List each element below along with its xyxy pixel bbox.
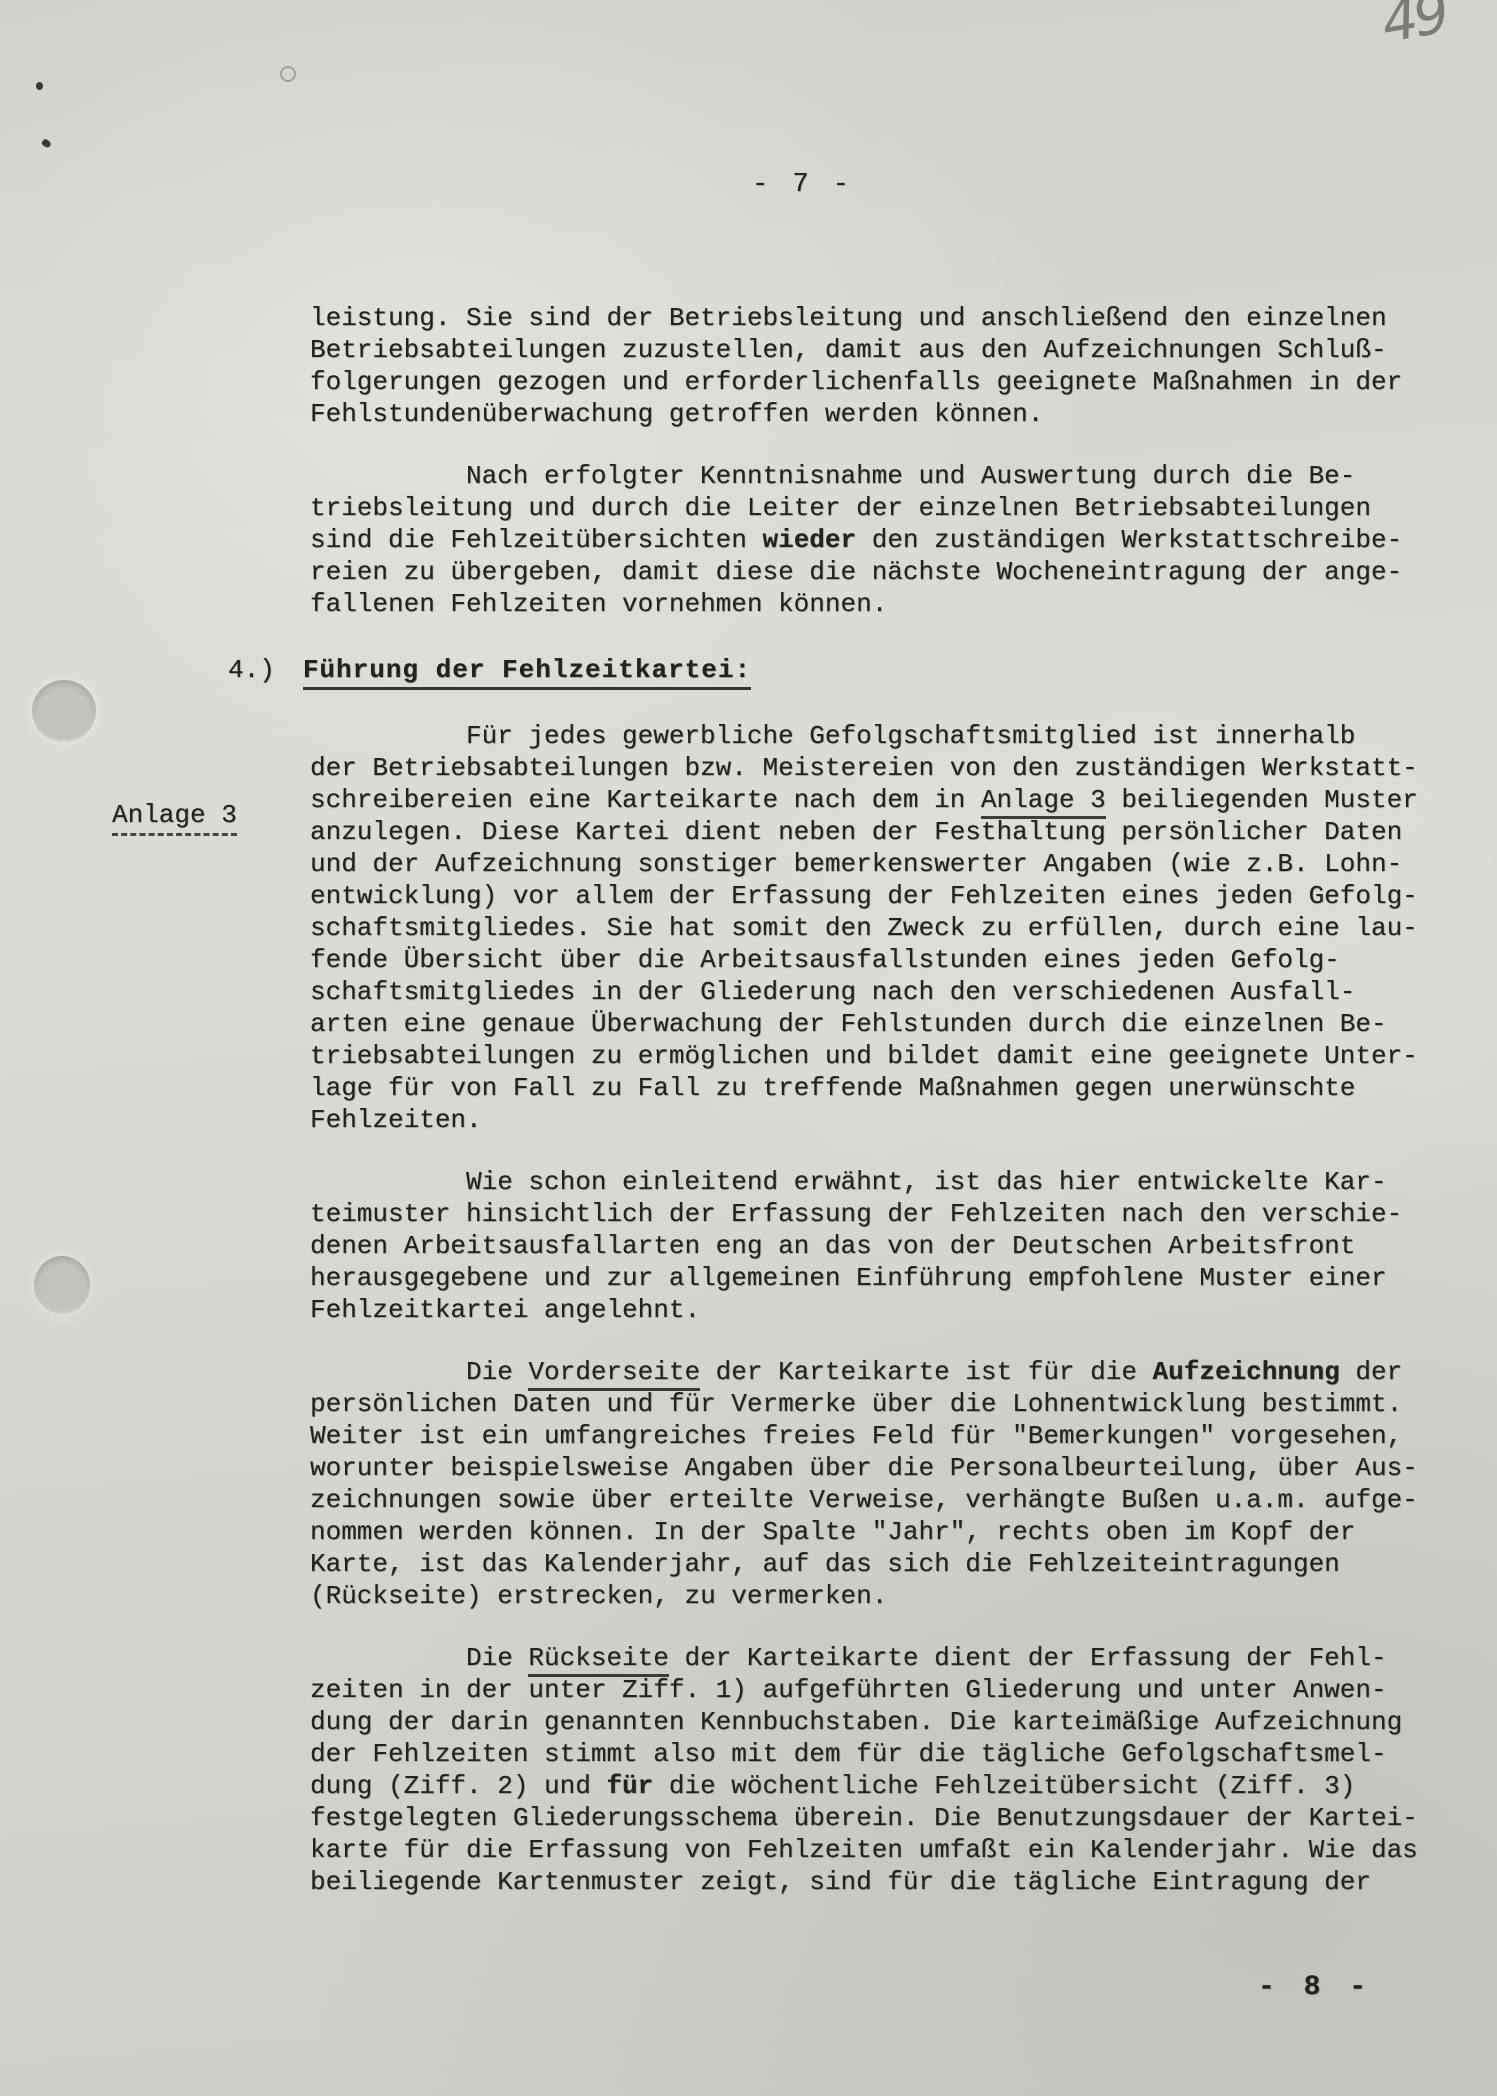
text-line: der Fehlzeiten stimmt also mit dem für d… [310, 1738, 1465, 1770]
text-line: nommen werden können. In der Spalte "Jah… [310, 1516, 1465, 1548]
section-heading: 4.)Führung der Fehlzeitkartei: [228, 650, 1465, 690]
text-line: triebsleitung und durch die Leiter der e… [310, 492, 1465, 524]
handwritten-archive-number: 49 [1377, 0, 1451, 56]
text-line: karte für die Erfassung von Fehlzeiten u… [310, 1834, 1465, 1866]
paragraph: leistung. Sie sind der Betriebsleitung u… [310, 302, 1465, 430]
text-line: Fehlstundenüberwachung getroffen werden … [310, 398, 1465, 430]
text-line: Die Vorderseite der Karteikarte ist für … [310, 1356, 1465, 1388]
punch-hole [34, 1256, 90, 1314]
text-line: worunter beispielsweise Angaben über die… [310, 1452, 1465, 1484]
paragraph-group-main: Für jedes gewerbliche Gefolgschaftsmitgl… [310, 720, 1465, 1898]
text-line: schreibereien eine Karteikarte nach dem … [310, 784, 1465, 816]
text-line: anzulegen. Diese Kartei dient neben der … [310, 816, 1465, 848]
text-line: leistung. Sie sind der Betriebsleitung u… [310, 302, 1465, 334]
text-line: fende Übersicht über die Arbeitsausfalls… [310, 944, 1465, 976]
scanned-document-page: 49 - 7 - Anlage 3 leistung. Sie sind der… [0, 0, 1497, 2096]
text-line: reien zu übergeben, damit diese die näch… [310, 556, 1465, 588]
text-line: herausgegebene und zur allgemeinen Einfü… [310, 1262, 1465, 1294]
text-line: (Rückseite) erstrecken, zu vermerken. [310, 1580, 1465, 1612]
text-line: Die Rückseite der Karteikarte dient der … [310, 1642, 1465, 1674]
text-line: entwicklung) vor allem der Erfassung der… [310, 880, 1465, 912]
text-line: zeiten in der unter Ziff. 1) aufgeführte… [310, 1674, 1465, 1706]
text-line: zeichnungen sowie über erteilte Verweise… [310, 1484, 1465, 1516]
text-line: persönlichen Daten und für Vermerke über… [310, 1388, 1465, 1420]
punch-hole [32, 680, 96, 742]
paper-speck [41, 138, 52, 149]
margin-note-anlage: Anlage 3 [112, 800, 237, 836]
text-line: folgerungen gezogen und erforderlichenfa… [310, 366, 1465, 398]
section-number: 4.) [228, 655, 275, 685]
text-line: schaftsmitgliedes. Sie hat somit den Zwe… [310, 912, 1465, 944]
text-line: arten eine genaue Überwachung der Fehlst… [310, 1008, 1465, 1040]
paragraph: Die Vorderseite der Karteikarte ist für … [310, 1356, 1465, 1612]
text-line: teimuster hinsichtlich der Erfassung der… [310, 1198, 1465, 1230]
text-line: und der Aufzeichnung sonstiger bemerkens… [310, 848, 1465, 880]
text-line: Fehlzeitkartei angelehnt. [310, 1294, 1465, 1326]
paragraph: Wie schon einleitend erwähnt, ist das hi… [310, 1166, 1465, 1326]
text-line: Für jedes gewerbliche Gefolgschaftsmitgl… [310, 720, 1465, 752]
text-line: fallenen Fehlzeiten vornehmen können. [310, 588, 1465, 620]
paragraph: Nach erfolgter Kenntnisnahme und Auswert… [310, 460, 1465, 620]
paragraph: Die Rückseite der Karteikarte dient der … [310, 1642, 1465, 1898]
text-line: festgelegten Gliederungsschema überein. … [310, 1802, 1465, 1834]
text-line: Karte, ist das Kalenderjahr, auf das sic… [310, 1548, 1465, 1580]
text-line: Nach erfolgter Kenntnisnahme und Auswert… [310, 460, 1465, 492]
paper-mark-ring [280, 66, 296, 82]
text-line: sind die Fehlzeitübersichten wieder den … [310, 524, 1465, 556]
paragraph: Für jedes gewerbliche Gefolgschaftsmitgl… [310, 720, 1465, 1136]
page-number-bottom: - 8 - [1258, 1972, 1372, 2003]
paper-speck [36, 82, 43, 90]
text-line: Fehlzeiten. [310, 1104, 1465, 1136]
page-number-top: - 7 - [752, 170, 853, 200]
text-line: Betriebsabteilungen zuzustellen, damit a… [310, 334, 1465, 366]
text-line: dung (Ziff. 2) und für die wöchentliche … [310, 1770, 1465, 1802]
text-line: beiliegende Kartenmuster zeigt, sind für… [310, 1866, 1465, 1898]
text-line: denen Arbeitsausfallarten eng an das von… [310, 1230, 1465, 1262]
text-line: lage für von Fall zu Fall zu treffende M… [310, 1072, 1465, 1104]
text-line: Wie schon einleitend erwähnt, ist das hi… [310, 1166, 1465, 1198]
text-line: triebsabteilungen zu ermöglichen und bil… [310, 1040, 1465, 1072]
body-text: leistung. Sie sind der Betriebsleitung u… [310, 302, 1465, 1928]
text-line: schaftsmitgliedes in der Gliederung nach… [310, 976, 1465, 1008]
text-line: Weiter ist ein umfangreiches freies Feld… [310, 1420, 1465, 1452]
paragraph-group-intro: leistung. Sie sind der Betriebsleitung u… [310, 302, 1465, 620]
section-title: Führung der Fehlzeitkartei: [303, 655, 751, 690]
text-line: der Betriebsabteilungen bzw. Meistereien… [310, 752, 1465, 784]
text-line: dung der darin genannten Kennbuchstaben.… [310, 1706, 1465, 1738]
